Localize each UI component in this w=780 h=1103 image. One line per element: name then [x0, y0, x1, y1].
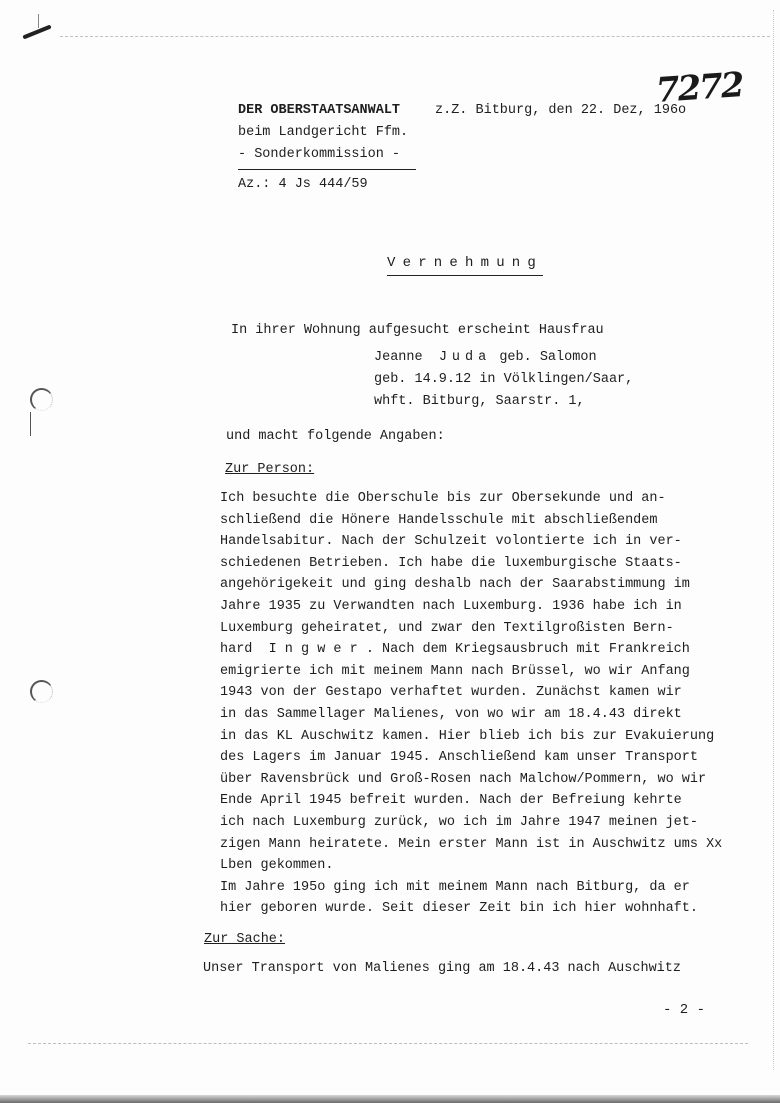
section-body-matter: Unser Transport von Malienes ging am 18.… [203, 958, 743, 980]
section-heading-person: Zur Person: [225, 462, 314, 477]
letterhead-divider [238, 169, 416, 170]
document-title: Vernehmung [387, 255, 543, 276]
text-line: Im Jahre 195o ging ich mit meinem Mann n… [220, 877, 760, 899]
statement-intro: und macht folgende Angaben: [226, 426, 445, 448]
text-line: des Lagers im Januar 1945. Anschließend … [220, 747, 760, 769]
scan-artifact-top-line [60, 36, 770, 37]
text-line: angehörigekeit und ging deshalb nach der… [220, 574, 760, 596]
staple-mark [22, 25, 51, 40]
punch-hole-icon [30, 680, 53, 703]
authority-court: beim Landgericht Ffm. [238, 122, 416, 144]
section-body-person: Ich besuchte die Oberschule bis zur Ober… [220, 488, 760, 920]
page-edge-right [773, 10, 774, 1070]
witness-birth: geb. 14.9.12 in Völklingen/Saar, [374, 369, 633, 391]
scan-bottom-edge [0, 1095, 780, 1103]
authority-unit: - Sonderkommission - [238, 144, 416, 166]
intro-line: In ihrer Wohnung aufgesucht erscheint Ha… [231, 320, 604, 342]
text-line: 1943 von der Gestapo verhaftet wurden. Z… [220, 682, 760, 704]
section-heading-matter: Zur Sache: [204, 932, 285, 947]
text-line: hard I n g w e r . Nach dem Kriegsausbru… [220, 639, 760, 661]
text-line: hier geboren wurde. Seit dieser Zeit bin… [220, 898, 760, 920]
text-line: Jahre 1935 zu Verwandten nach Luxemburg.… [220, 596, 760, 618]
letterhead: DER OBERSTAATSANWALT beim Landgericht Ff… [238, 100, 416, 196]
text-line: schließend die Hönere Handelsschule mit … [220, 510, 760, 532]
witness-maiden-name: geb. Salomon [499, 350, 596, 365]
text-line: Lben gekommen. [220, 855, 760, 877]
witness-details: Jeanne Juda geb. Salomon geb. 14.9.12 in… [374, 347, 633, 413]
punch-mark [30, 412, 31, 436]
witness-residence: whft. Bitburg, Saarstr. 1, [374, 391, 633, 413]
witness-name-line: Jeanne Juda geb. Salomon [374, 347, 633, 369]
text-line: ich nach Luxemburg zurück, wo ich im Jah… [220, 812, 760, 834]
text-line: schiedenen Betrieben. Ich habe die luxem… [220, 553, 760, 575]
punch-hole-icon [30, 388, 53, 411]
staple-tick [38, 14, 39, 28]
text-line: Luxemburg geheiratet, und zwar den Texti… [220, 618, 760, 640]
text-line: zigen Mann heiratete. Mein erster Mann i… [220, 834, 760, 856]
text-line: in das KL Auschwitz kamen. Hier blieb ic… [220, 726, 760, 748]
text-line: Unser Transport von Malienes ging am 18.… [203, 958, 743, 980]
text-line: Handelsabitur. Nach der Schulzeit volont… [220, 531, 760, 553]
text-line: Ich besuchte die Oberschule bis zur Ober… [220, 488, 760, 510]
text-line: über Ravensbrück und Groß-Rosen nach Mal… [220, 769, 760, 791]
place-date: z.Z. Bitburg, den 22. Dez, 196o [435, 100, 686, 122]
text-line: Ende April 1945 befreit wurden. Nach der… [220, 790, 760, 812]
text-line: emigrierte ich mit meinem Mann nach Brüs… [220, 661, 760, 683]
scan-artifact-bottom-line [28, 1043, 748, 1044]
witness-last-name: Juda [439, 350, 491, 365]
text-line: in das Sammellager Malienes, von wo wir … [220, 704, 760, 726]
authority-name: DER OBERSTAATSANWALT [238, 100, 416, 122]
page-continuation-marker: - 2 - [663, 1002, 705, 1018]
document-page: 7272 DER OBERSTAATSANWALT beim Landgeric… [0, 0, 780, 1103]
reference-number: Az.: 4 Js 444/59 [238, 174, 416, 196]
witness-first-name: Jeanne [374, 350, 423, 365]
